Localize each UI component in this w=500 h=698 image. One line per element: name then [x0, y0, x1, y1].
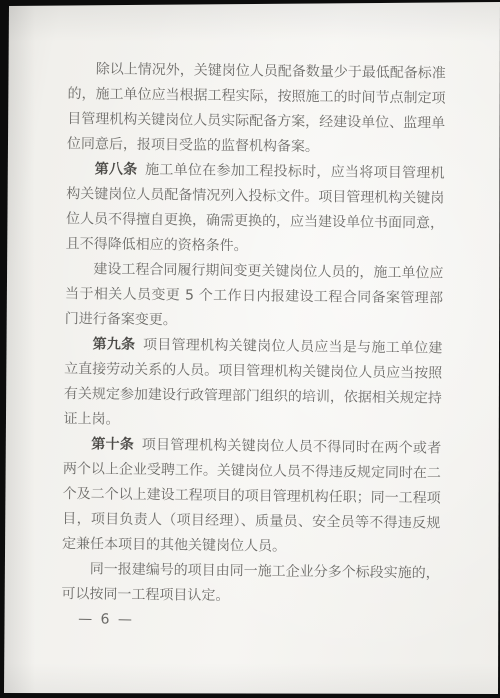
paragraph-list: 除以上情况外，关键岗位人员配备数量少于最低配备标准的，施工单位应当根据工程实际，… [61, 57, 446, 612]
paragraph: 第十条项目管理机构关键岗位人员不得同时在两个或者两个以上企业受聘工作。关键岗位人… [62, 432, 441, 562]
paragraph-text: 除以上情况外，关键岗位人员配备数量少于最低配备标准的，施工单位应当根据工程实际，… [67, 61, 446, 155]
paragraph-text: 项目管理机构关键岗位人员不得同时在两个或者两个以上企业受聘工作。关键岗位人员不得… [62, 437, 441, 555]
scanned-page-photo: 除以上情况外，关键岗位人员配备数量少于最低配备标准的，施工单位应当根据工程实际，… [0, 0, 500, 698]
paragraph: 第八条施工单位在参加工程投标时，应当将项目管理机构关键岗位人员配备情况列入投标文… [66, 157, 445, 262]
paragraph-text: 同一报建编号的项目由同一施工企业分多个标段实施的，可以按同一工程项目认定。 [61, 561, 439, 604]
clause-heading: 第九条 [92, 336, 135, 353]
page-number: — 6 — [61, 607, 439, 637]
paragraph: 同一报建编号的项目由同一施工企业分多个标段实施的，可以按同一工程项目认定。 [61, 557, 440, 612]
clause-heading: 第八条 [95, 161, 138, 178]
paragraph: 第九条项目管理机构关键岗位人员应当是与施工单位建立直接劳动关系的人员。项目管理机… [63, 332, 442, 437]
paragraph: 除以上情况外，关键岗位人员配备数量少于最低配备标准的，施工单位应当根据工程实际，… [67, 57, 446, 162]
paragraph-text: 建设工程合同履行期间变更关键岗位人员的，施工单位应当于相关人员变更 5 个工作日… [65, 261, 444, 328]
document-body: 除以上情况外，关键岗位人员配备数量少于最低配备标准的，施工单位应当根据工程实际，… [61, 57, 446, 637]
clause-heading: 第十条 [91, 436, 134, 453]
paragraph: 建设工程合同履行期间变更关键岗位人员的，施工单位应当于相关人员变更 5 个工作日… [65, 257, 444, 337]
